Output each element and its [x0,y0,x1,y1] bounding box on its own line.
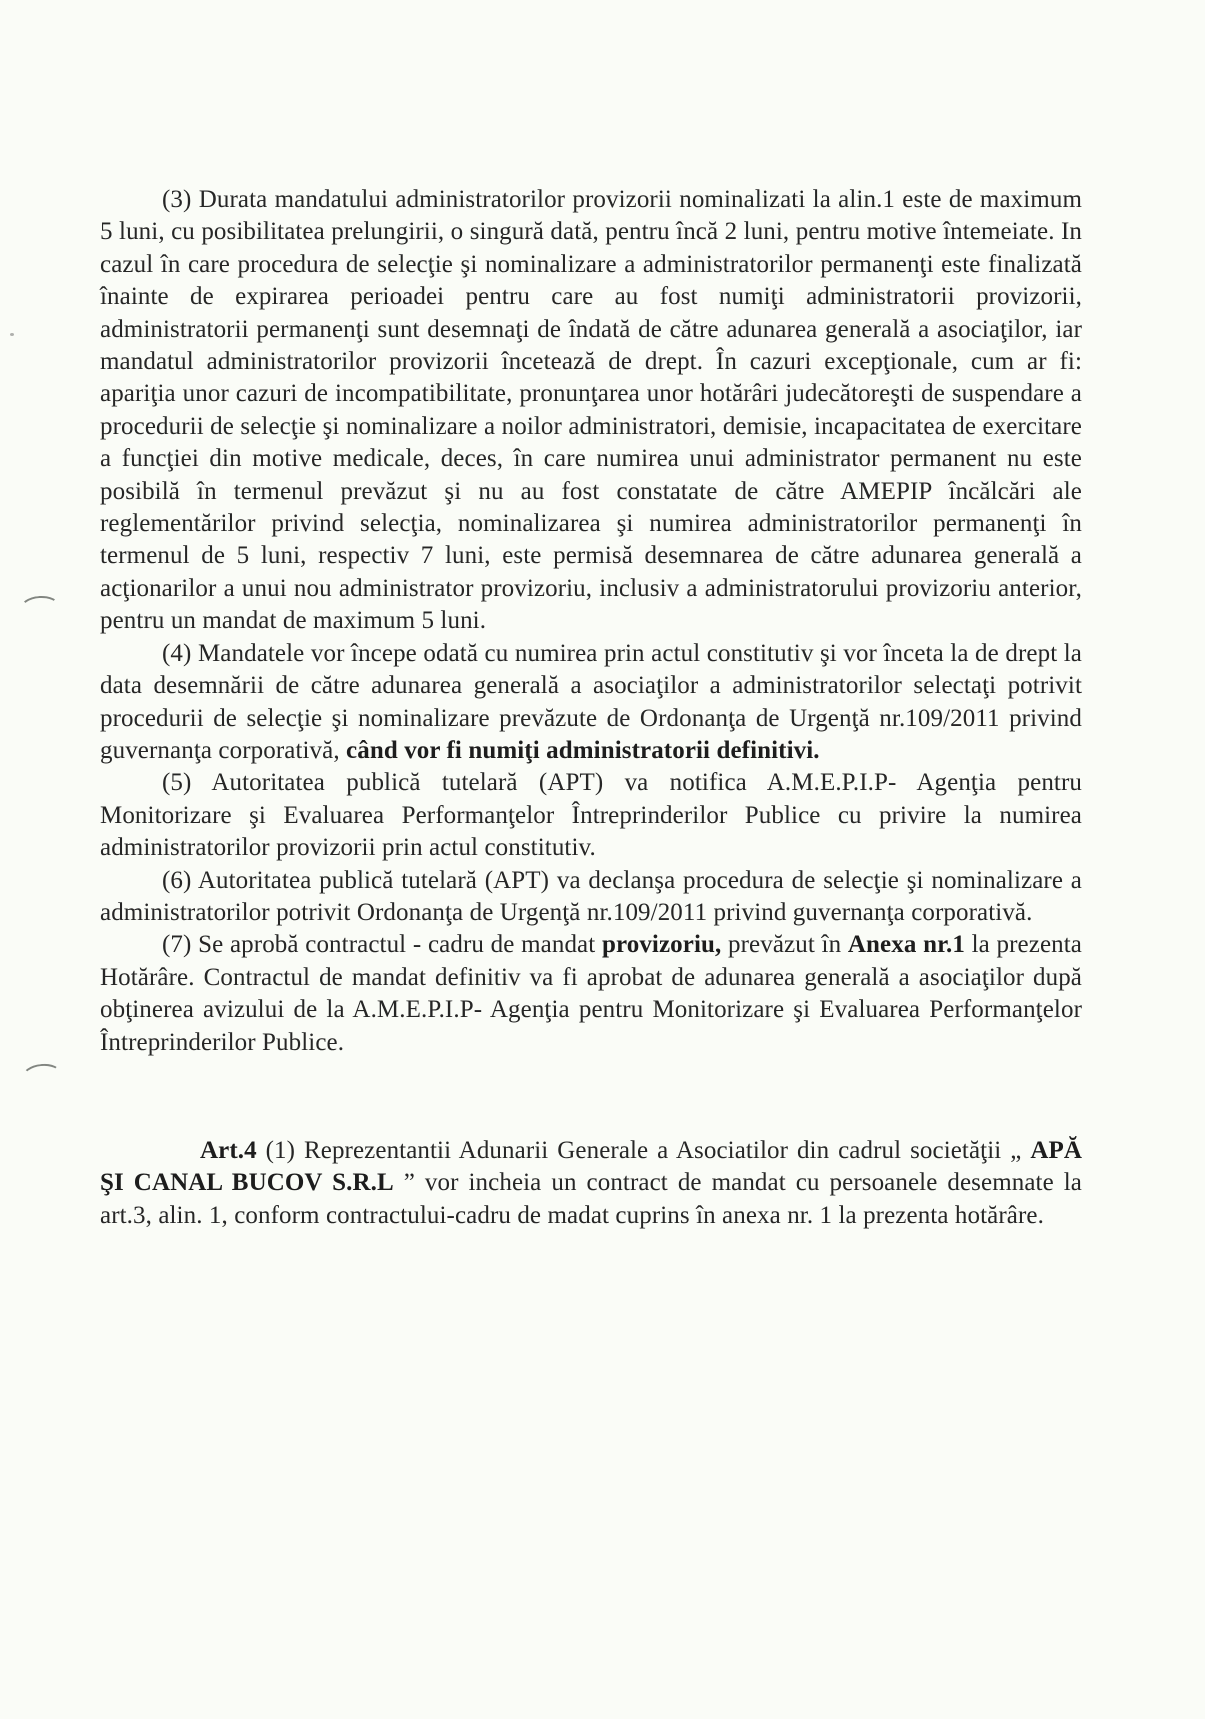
paragraph-7-text-1: (7) Se aprobă contractul - cadru de mand… [162,931,602,958]
paragraph-7-bold-anexa: Anexa nr.1 [848,931,965,958]
paragraph-4: (4) Mandatele vor începe odată cu numire… [100,638,1082,768]
scanned-page: (3) Durata mandatului administratorilor … [0,0,1205,1719]
scan-speck [10,333,14,336]
paragraph-7-bold-provizoriu: provizoriu, [602,931,721,958]
paragraph-7-text-2: prevăzut în [721,931,848,958]
paragraph-art4-bold-label: Art.4 [200,1137,257,1164]
handwritten-arc-mark [19,595,61,622]
paragraph-art4: Art.4 (1) Reprezentantii Adunarii Genera… [100,1135,1082,1232]
paragraph-4-bold-text: când vor fi numiţi administratorii defin… [346,737,820,764]
document-text-block: (3) Durata mandatului administratorilor … [100,184,1082,1232]
paragraph-5: (5) Autoritatea publică tutelară (APT) v… [100,767,1082,864]
paragraph-6-text: (6) Autoritatea publică tutelară (APT) v… [100,867,1082,926]
paragraph-art4-text-1: (1) Reprezentantii Adunarii Generale a A… [257,1137,1031,1164]
paragraph-6: (6) Autoritatea publică tutelară (APT) v… [100,865,1082,930]
paragraph-3-text: (3) Durata mandatului administratorilor … [100,186,1082,634]
paragraph-7: (7) Se aprobă contractul - cadru de mand… [100,929,1082,1059]
handwritten-arc-mark [21,1062,63,1090]
paragraph-3: (3) Durata mandatului administratorilor … [100,184,1082,638]
paragraph-5-text: (5) Autoritatea publică tutelară (APT) v… [100,769,1082,861]
